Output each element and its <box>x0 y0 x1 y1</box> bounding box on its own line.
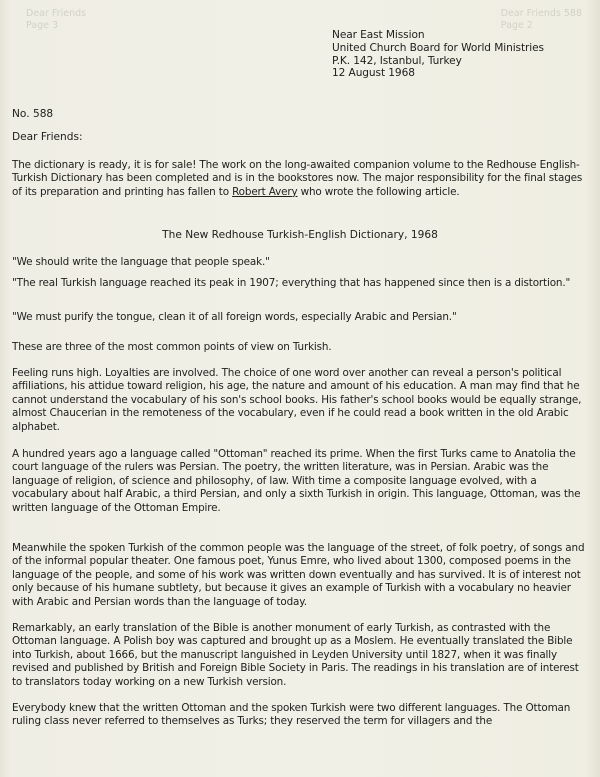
postal-address: P.K. 142, Istanbul, Turkey <box>332 55 544 68</box>
paragraph-bible: Remarkably, an early translation of the … <box>12 622 590 689</box>
salutation: Dear Friends: <box>12 131 83 143</box>
paragraph-points-of-view: These are three of the most common point… <box>12 341 590 354</box>
paragraph-ottoman: A hundred years ago a language called "O… <box>12 448 590 515</box>
paragraph-text: Meanwhile the spoken Turkish of the comm… <box>12 542 590 609</box>
article-title: The New Redhouse Turkish-English Diction… <box>0 229 600 241</box>
letterhead: Near East Mission United Church Board fo… <box>332 29 544 80</box>
paragraph-text: Remarkably, an early translation of the … <box>12 622 590 689</box>
intro-text-end: who wrote the following article. <box>297 186 459 198</box>
author-name: Robert Avery <box>232 186 297 198</box>
paragraph-two-languages: Everybody knew that the written Ottoman … <box>12 702 590 729</box>
letter-date: 12 August 1968 <box>332 67 544 80</box>
paragraph-text: Everybody knew that the written Ottoman … <box>12 702 590 729</box>
paragraph-text: A hundred years ago a language called "O… <box>12 448 590 515</box>
show-through-line: Page 3 <box>26 20 86 32</box>
quote-text: "We should write the language that peopl… <box>12 256 590 269</box>
intro-paragraph: The dictionary is ready, it is for sale!… <box>12 159 590 199</box>
show-through-line: Dear Friends <box>26 8 86 20</box>
letter-number: No. 588 <box>12 108 53 120</box>
show-through-line: Dear Friends 588 <box>501 8 582 20</box>
quote-2: "The real Turkish language reached its p… <box>12 277 590 290</box>
quote-text: "The real Turkish language reached its p… <box>12 277 590 290</box>
quote-text: "We must purify the tongue, clean it of … <box>12 311 590 324</box>
show-through-text-left: Dear Friends Page 3 <box>26 8 86 32</box>
paragraph-feeling: Feeling runs high. Loyalties are involve… <box>12 367 590 434</box>
organization-name: Near East Mission <box>332 29 544 42</box>
quote-3: "We must purify the tongue, clean it of … <box>12 311 590 324</box>
letter-page: Dear Friends Page 3 Dear Friends 588 Pag… <box>0 0 600 777</box>
paragraph-text: These are three of the most common point… <box>12 341 590 354</box>
board-name: United Church Board for World Ministries <box>332 42 544 55</box>
paragraph-text: Feeling runs high. Loyalties are involve… <box>12 367 590 434</box>
quote-1: "We should write the language that peopl… <box>12 256 590 269</box>
paragraph-spoken-turkish: Meanwhile the spoken Turkish of the comm… <box>12 542 590 609</box>
